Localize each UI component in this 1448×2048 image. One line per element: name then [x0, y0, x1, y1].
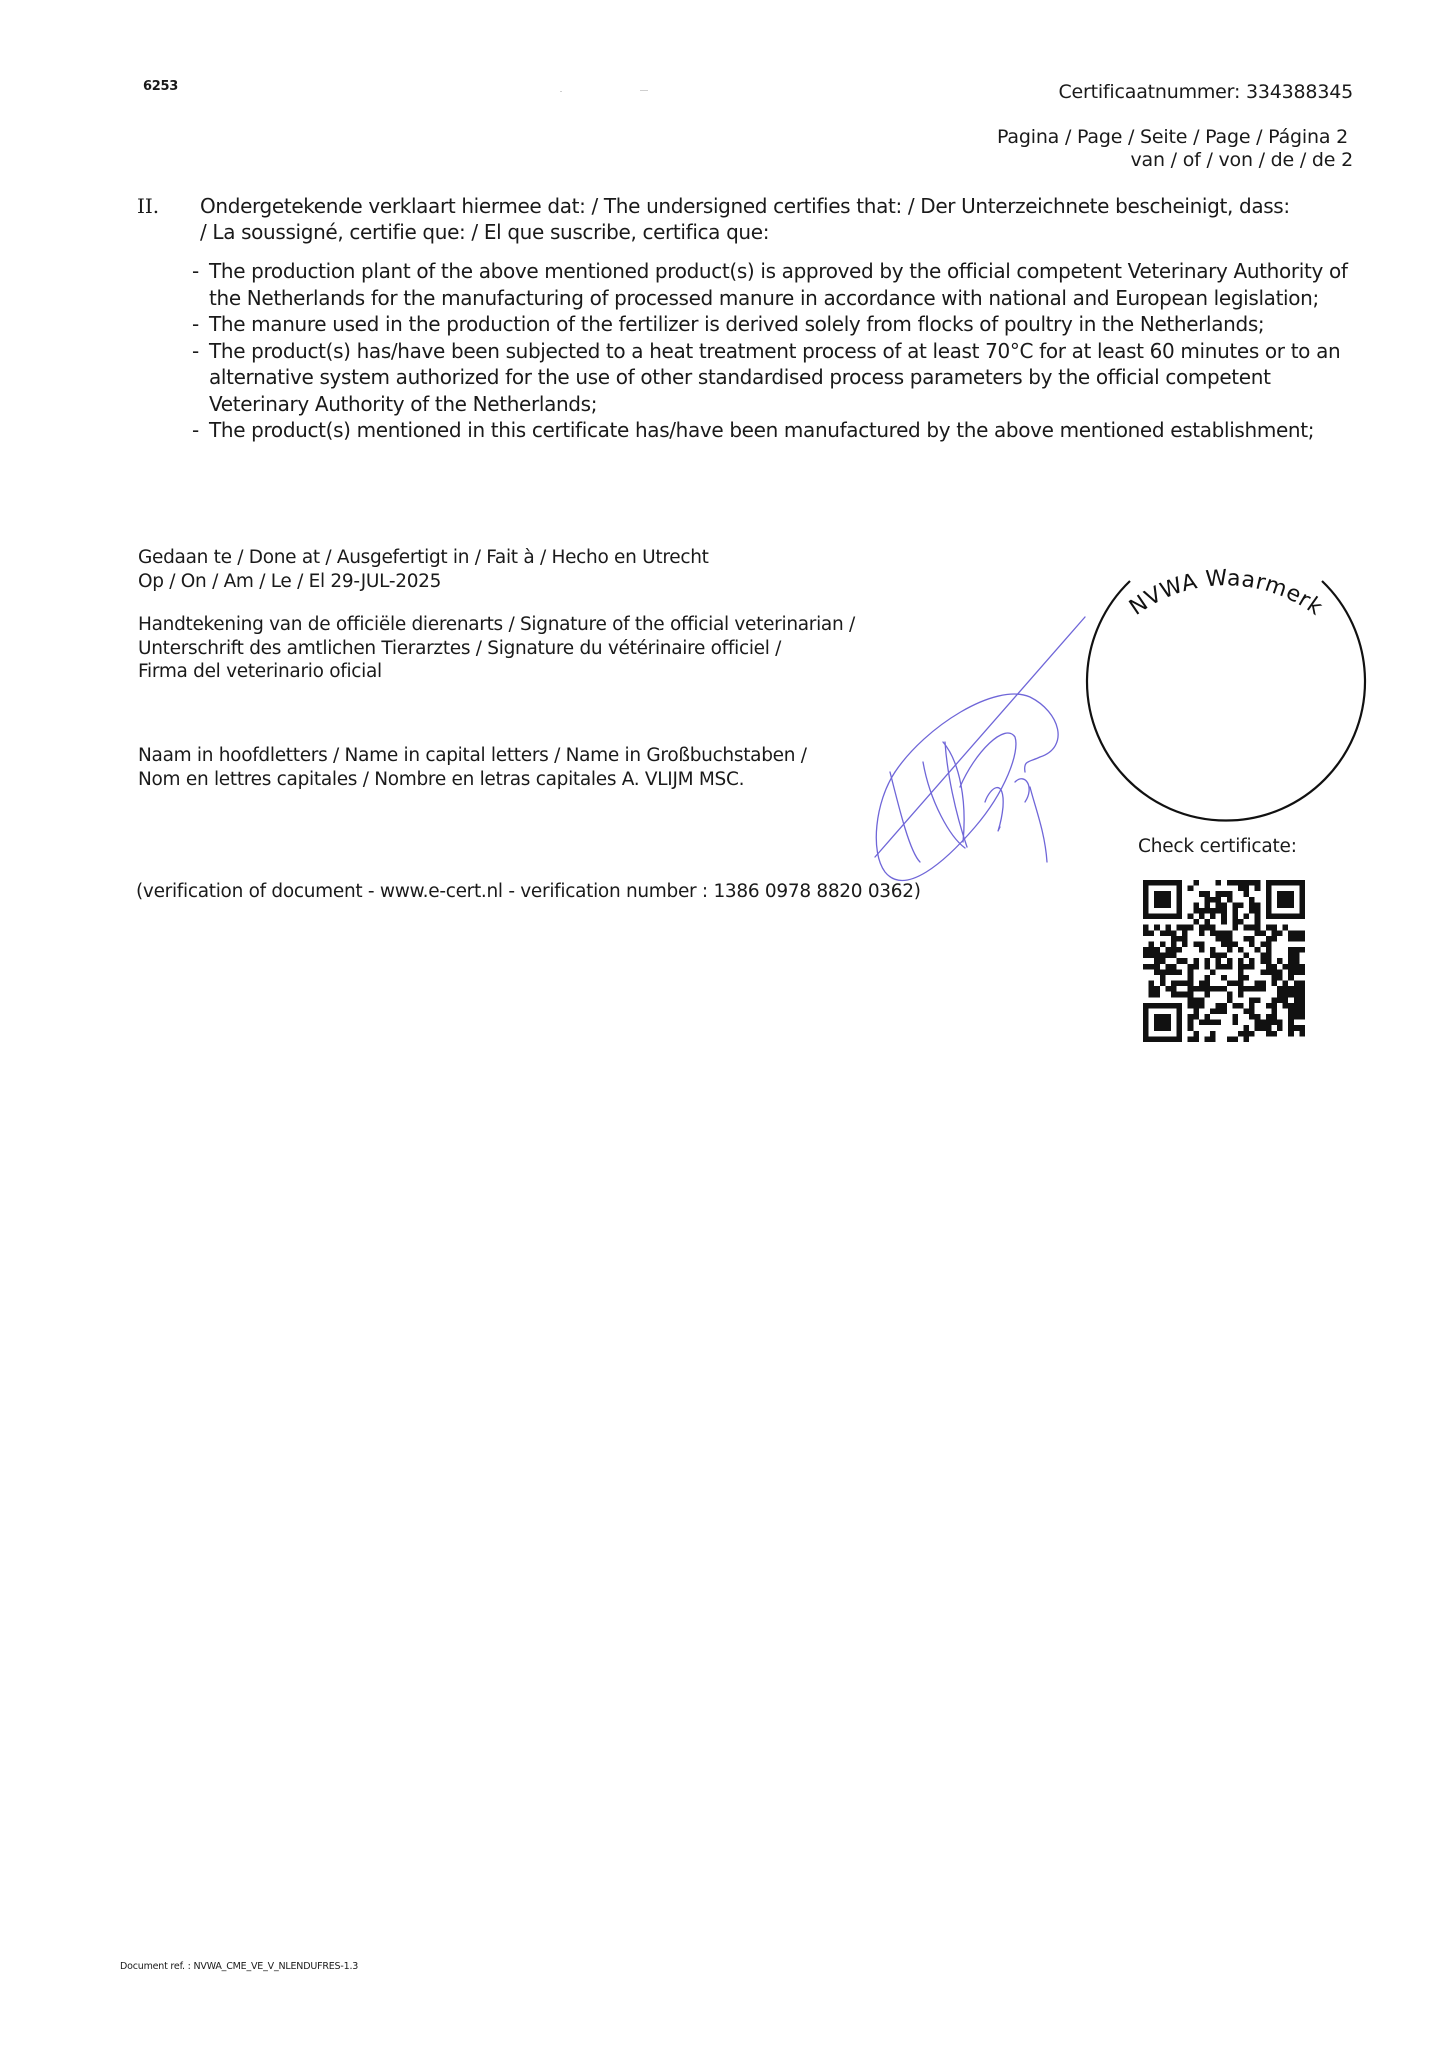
scan-speck [640, 90, 648, 91]
name-label-line: Nom en lettres capitales / Nombre en let… [138, 768, 918, 792]
signature-label-line: Firma del veterinario oficial [138, 660, 938, 684]
place-and-date: Gedaan te / Done at / Ausgefertigt in / … [138, 546, 838, 593]
signature-label-line: Handtekening van de officiële dierenarts… [138, 613, 938, 637]
certification-text: The manure used in the production of the… [209, 312, 1264, 336]
verification-line: (verification of document - www.e-cert.n… [136, 881, 921, 902]
certification-item: -The product(s) mentioned in this certif… [192, 417, 1372, 444]
bullet-dash: - [192, 417, 199, 444]
stamp-text: NVWA Waarmerk [1125, 566, 1327, 621]
veterinarian-name: Naam in hoofdletters / Name in capital l… [138, 744, 918, 791]
svg-text:NVWA Waarmerk: NVWA Waarmerk [1125, 566, 1327, 621]
bullet-dash: - [192, 311, 199, 338]
certification-text: The production plant of the above mentio… [209, 259, 1348, 310]
certification-item: -The product(s) has/have been subjected … [192, 338, 1372, 418]
date-line: Op / On / Am / Le / El 29-JUL-2025 [138, 570, 838, 594]
name-label-line: Naam in hoofdletters / Name in capital l… [138, 744, 918, 768]
check-certificate-label: Check certificate: [1138, 836, 1297, 857]
document-reference: Document ref. : NVWA_CME_VE_V_NLENDUFRES… [120, 1961, 358, 1972]
certification-item: -The production plant of the above menti… [192, 258, 1372, 311]
section-number: II. [137, 194, 159, 218]
page-indicator: Pagina / Page / Seite / Page / Página 2 [997, 126, 1348, 148]
section-intro: Ondergetekende verklaart hiermee dat: / … [200, 193, 1300, 245]
certificate-number: Certificaatnummer: 334388345 [1058, 81, 1353, 103]
signature-scribble-icon [855, 612, 1095, 912]
bullet-dash: - [192, 258, 199, 285]
qr-code-icon[interactable] [1143, 879, 1305, 1043]
bullet-dash: - [192, 338, 199, 365]
page-total: van / of / von / de / de 2 [1130, 149, 1353, 171]
document-number: 6253 [143, 79, 178, 94]
stamp-circle-icon: NVWA Waarmerk [1070, 515, 1380, 835]
certification-item: -The manure used in the production of th… [192, 311, 1372, 338]
certification-text: The product(s) mentioned in this certifi… [209, 418, 1314, 442]
certification-text: The product(s) has/have been subjected t… [209, 339, 1340, 416]
certification-list: -The production plant of the above menti… [192, 258, 1372, 444]
place-line: Gedaan te / Done at / Ausgefertigt in / … [138, 546, 838, 570]
scan-speck [560, 91, 562, 92]
signature-label: Handtekening van de officiële dierenarts… [138, 613, 938, 684]
signature-label-line: Unterschrift des amtlichen Tierarztes / … [138, 637, 938, 661]
